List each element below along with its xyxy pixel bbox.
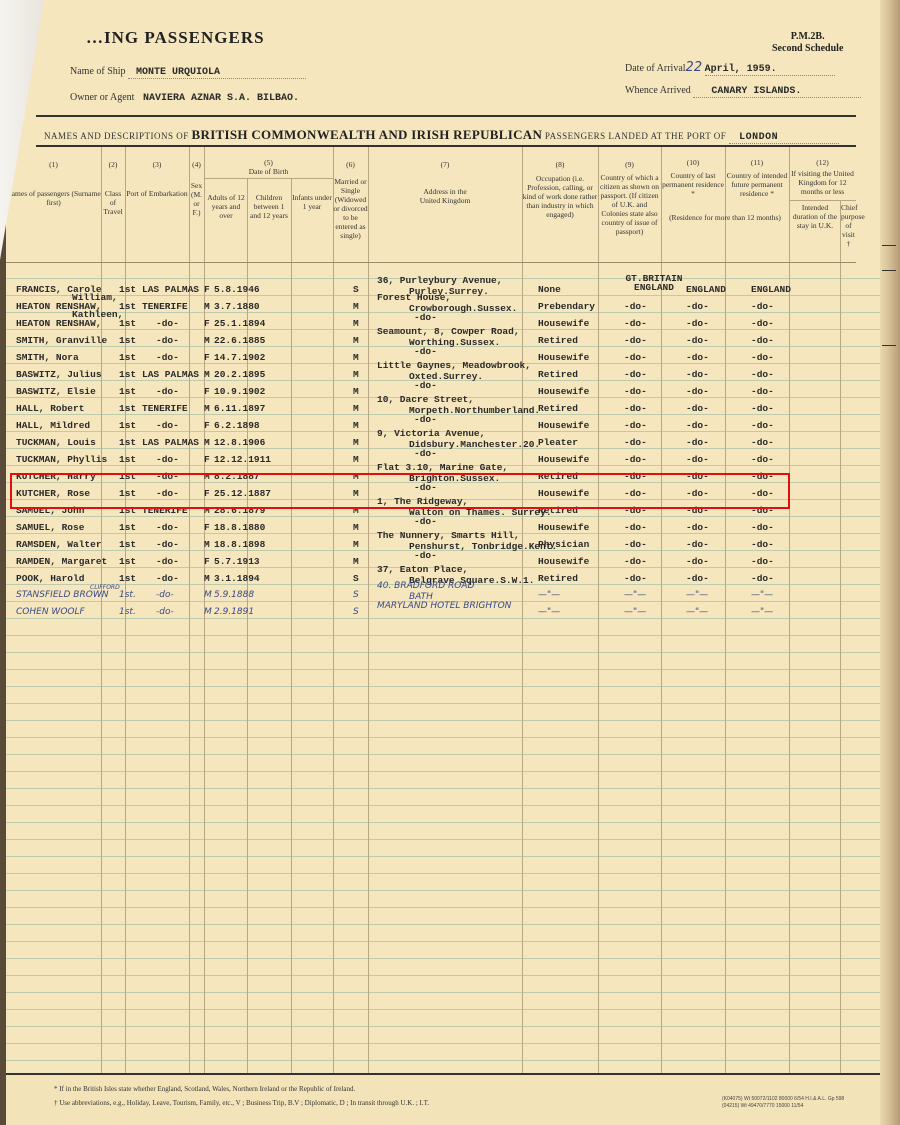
- ship-label: Name of Ship: [70, 66, 126, 77]
- arrival-field: Date of Arrival22 April, 1959.: [625, 60, 835, 76]
- date-of-birth: 5.7.1913: [214, 556, 260, 567]
- date-of-birth: 25.1.1894: [214, 318, 265, 329]
- future-residence: -do-: [751, 352, 774, 363]
- owner-field: Owner or Agent NAVIERA AZNAR S.A. BILBAO…: [70, 92, 299, 104]
- class-of-travel: 1st: [119, 522, 136, 533]
- names-desc-prefix: NAMES AND DESCRIPTIONS OF: [44, 131, 189, 141]
- port-of-embarkation: LAS PALMAS: [142, 369, 199, 380]
- highlight-box-kutcher: [10, 473, 790, 509]
- occupation: —"—: [538, 607, 560, 617]
- port-of-embarkation: -do-: [156, 590, 174, 600]
- address-line-1: -do-: [414, 312, 437, 323]
- schedule-label: Second Schedule: [772, 43, 843, 55]
- occupation: Housewife: [538, 386, 589, 397]
- col5a-header: Adults of 12 years and over: [206, 193, 246, 220]
- future-residence: -do-: [751, 437, 774, 448]
- sex: M: [204, 369, 210, 380]
- future-residence: -do-: [751, 556, 774, 567]
- citizenship: -do-: [624, 335, 647, 346]
- last-residence: -do-: [686, 522, 709, 533]
- col6-header: (6)Married or Single (Widowed or divorce…: [333, 160, 368, 240]
- sex: M: [204, 437, 210, 448]
- future-residence: —"—: [751, 607, 773, 617]
- col-num: (7): [368, 160, 522, 169]
- footnote-star: * If in the British Isles state whether …: [54, 1085, 355, 1093]
- sex: F: [204, 556, 210, 567]
- class-of-travel: 1st: [119, 454, 136, 465]
- class-of-travel: 1st: [119, 539, 136, 550]
- port-of-embarkation: -do-: [156, 335, 179, 346]
- marital-status: M: [353, 437, 359, 448]
- whence-value: CANARY ISLANDS.: [693, 86, 861, 98]
- port-of-embarkation: -do-: [156, 386, 179, 397]
- last-residence: —"—: [686, 607, 708, 617]
- address-line-1: 36, Purleybury Avenue,: [377, 275, 502, 286]
- col-num: (4): [189, 160, 204, 169]
- given-name-line: William,: [72, 292, 118, 303]
- future-residence: -do-: [751, 522, 774, 533]
- col12b-header: Chief purpose of visit †: [841, 203, 856, 248]
- col-label: Country of last permanent residence *: [661, 171, 725, 198]
- port-of-embarkation: -do-: [156, 318, 179, 329]
- marital-status: M: [353, 454, 359, 465]
- date-of-birth: 20.2.1895: [214, 369, 265, 380]
- future-residence: -do-: [751, 403, 774, 414]
- class-of-travel: 1st.: [119, 607, 136, 617]
- passenger-name: SMITH, Nora: [16, 352, 79, 363]
- date-of-birth: 3.7.1880: [214, 301, 260, 312]
- page-tab-mark: [882, 345, 896, 346]
- marital-status: M: [353, 386, 359, 397]
- last-residence: -do-: [686, 386, 709, 397]
- sex: M: [204, 301, 210, 312]
- marital-status: M: [353, 369, 359, 380]
- class-of-travel: 1st.: [119, 590, 136, 600]
- future-residence: -do-: [751, 318, 774, 329]
- ship-field: Name of Ship MONTE URQUIOLA: [70, 66, 306, 79]
- whence-label: Whence Arrived: [625, 85, 691, 96]
- sex: F: [204, 318, 210, 329]
- last-residence: ENGLAND: [686, 284, 726, 295]
- sex: M: [204, 539, 210, 550]
- marital-status: M: [353, 539, 359, 550]
- marital-status: M: [353, 352, 359, 363]
- port-of-embarkation: TENERIFE: [142, 403, 188, 414]
- occupation: Housewife: [538, 318, 589, 329]
- names-desc-suffix: PASSENGERS LANDED AT THE PORT OF: [545, 131, 726, 141]
- name-note: CLIFFORD: [90, 584, 120, 591]
- date-of-birth: 12.8.1906: [214, 437, 265, 448]
- print-code-1: (K04075) Wt 50072/1102 80000 6/54 H.I.& …: [722, 1096, 844, 1103]
- future-residence: -do-: [751, 454, 774, 465]
- address-line-1: -do-: [414, 380, 437, 391]
- address-line-1: -do-: [414, 448, 437, 459]
- passenger-name: BASWITZ, Julius: [16, 369, 102, 380]
- port-of-embarkation: -do-: [156, 522, 179, 533]
- occupation: Housewife: [538, 556, 589, 567]
- col-num: (1): [6, 160, 101, 169]
- col12a-header: Intended duration of the stay in U.K.: [790, 203, 840, 230]
- col-label: Date of Birth: [204, 167, 333, 176]
- port-of-embarkation: LAS PALMAS: [142, 437, 199, 448]
- col-num: (8): [522, 160, 598, 169]
- marital-status: M: [353, 318, 359, 329]
- marital-status: M: [353, 522, 359, 533]
- address-line-1: Flat 3.10, Marine Gate,: [377, 462, 508, 473]
- occupation: Retired: [538, 573, 578, 584]
- occupation: Prebendary: [538, 301, 595, 312]
- given-name-line: Kathleen,: [72, 309, 123, 320]
- port-of-embarkation: -do-: [156, 539, 179, 550]
- address-line-1: Seamount, 8, Cowper Road,: [377, 326, 520, 337]
- col-label: Port of Embarkation: [125, 189, 189, 198]
- passenger-name: TUCKMAN, Phyllis: [16, 454, 107, 465]
- arrival-date: April, 1959.: [705, 64, 835, 76]
- last-residence: -do-: [686, 556, 709, 567]
- whence-field: Whence Arrived CANARY ISLANDS.: [625, 85, 861, 98]
- col12-header: (12)If visiting the United Kingdom for 1…: [789, 158, 856, 196]
- port-of-embarkation: -do-: [156, 573, 179, 584]
- visit-subheader-rule: [789, 200, 856, 201]
- table-row: COHEN WOOLF1st.-do-M2.9.1891S—"——"——"——"…: [14, 607, 854, 624]
- passenger-name: HALL, Mildred: [16, 420, 90, 431]
- citizenship: -do-: [624, 420, 647, 431]
- citizenship: —"—: [624, 607, 646, 617]
- col-label: Country of intended future permanent res…: [725, 171, 789, 198]
- col-label: Names of passengers (Surname first): [6, 189, 101, 207]
- last-residence: -do-: [686, 403, 709, 414]
- col5c-header: Infants under 1 year: [292, 193, 332, 211]
- address-line-1: 37, Eaton Place,: [377, 564, 468, 575]
- passenger-name: TUCKMAN, Louis: [16, 437, 96, 448]
- names-descriptions-line: NAMES AND DESCRIPTIONS OF BRITISH COMMON…: [44, 127, 839, 144]
- passenger-name: BASWITZ, Elsie: [16, 386, 96, 397]
- class-of-travel: 1st: [119, 284, 136, 295]
- address-line-1: 10, Dacre Street,: [377, 394, 474, 405]
- col10-11-note: (Residence for more than 12 months): [661, 213, 789, 222]
- date-of-birth: 12.12.1911: [214, 454, 271, 465]
- occupation: Retired: [538, 335, 578, 346]
- citizenship: —"—: [624, 590, 646, 600]
- last-residence: -do-: [686, 318, 709, 329]
- future-residence: -do-: [751, 386, 774, 397]
- date-of-birth: 18.8.1898: [214, 539, 265, 550]
- citizenship: -do-: [624, 318, 647, 329]
- passenger-name: STANSFIELD BROWN: [16, 590, 108, 600]
- last-residence: —"—: [686, 590, 708, 600]
- sex: M: [204, 573, 210, 584]
- occupation: None: [538, 284, 561, 295]
- col-num: (6): [333, 160, 368, 169]
- address-line-1: MARYLAND HOTEL BRIGHTON: [377, 601, 511, 611]
- col-num: (11): [725, 158, 789, 167]
- col-label: Sex (M. or F.): [189, 181, 204, 217]
- citizenship: GT.BRITAIN ENGLAND: [624, 274, 684, 292]
- future-residence: ENGLAND: [751, 284, 791, 295]
- col-num: (2): [101, 160, 125, 169]
- occupation: Housewife: [538, 522, 589, 533]
- page-edge: [880, 0, 900, 1125]
- address-line-1: -do-: [414, 516, 437, 527]
- occupation: Housewife: [538, 420, 589, 431]
- sex: F: [204, 522, 210, 533]
- port-of-embarkation: -do-: [156, 420, 179, 431]
- occupation: Housewife: [538, 352, 589, 363]
- col9-header: (9)Country of which a citizen as shown o…: [598, 160, 661, 236]
- col-label: Married or Single (Widowed or divorced t…: [333, 177, 368, 240]
- last-residence: -do-: [686, 420, 709, 431]
- class-of-travel: 1st: [119, 352, 136, 363]
- date-of-birth: 2.9.1891: [214, 607, 254, 617]
- citizenship: -do-: [624, 369, 647, 380]
- date-of-birth: 22.6.1885: [214, 335, 265, 346]
- names-desc-bold: BRITISH COMMONWEALTH AND IRISH REPUBLICA…: [192, 127, 543, 142]
- port-of-embarkation: LAS PALMAS: [142, 284, 199, 295]
- col-num: (12): [789, 158, 856, 167]
- address-line-1: -do-: [414, 346, 437, 357]
- sex: M: [204, 590, 212, 600]
- address-line-1: Little Gaynes, Meadowbrook,: [377, 360, 531, 371]
- port-of-embarkation: TENERIFE: [142, 301, 188, 312]
- marital-status: M: [353, 556, 359, 567]
- future-residence: -do-: [751, 335, 774, 346]
- date-of-birth: 6.2.1898: [214, 420, 260, 431]
- occupation: Retired: [538, 369, 578, 380]
- footnote-dagger: † Use abbreviations, e.g., Holiday, Leav…: [54, 1099, 429, 1107]
- occupation: Retired: [538, 403, 578, 414]
- passenger-list-page: …ING PASSENGERS P.M.2B. Second Schedule …: [6, 0, 884, 1125]
- passenger-name: RAMDEN, Margaret: [16, 556, 107, 567]
- occupation: Pleater: [538, 437, 578, 448]
- future-residence: —"—: [751, 590, 773, 600]
- col1-header: (1)Names of passengers (Surname first): [6, 160, 101, 207]
- marital-status: M: [353, 403, 359, 414]
- passenger-name: HALL, Robert: [16, 403, 84, 414]
- address-line-1: Forest House,: [377, 292, 451, 303]
- address-line-1: The Nunnery, Smarts Hill,: [377, 530, 520, 541]
- dob-subheader-rule: [204, 178, 333, 179]
- citizenship: -do-: [624, 556, 647, 567]
- citizenship: -do-: [624, 403, 647, 414]
- col10-header: (10)Country of last permanent residence …: [661, 158, 725, 198]
- sex: F: [204, 420, 210, 431]
- class-of-travel: 1st: [119, 573, 136, 584]
- address-line-1: 9, Victoria Avenue,: [377, 428, 485, 439]
- col-label: Class of Travel: [101, 189, 125, 216]
- owner-label: Owner or Agent: [70, 92, 134, 103]
- sex: M: [204, 335, 210, 346]
- future-residence: -do-: [751, 420, 774, 431]
- header-bottom-rule: [6, 262, 856, 263]
- header-rule-top: [36, 115, 856, 117]
- date-of-birth: 10.9.1902: [214, 386, 265, 397]
- passenger-name: SMITH, Granville: [16, 335, 107, 346]
- class-of-travel: 1st: [119, 335, 136, 346]
- ship-name: MONTE URQUIOLA: [128, 67, 306, 79]
- passenger-name: SAMUEL, Rose: [16, 522, 84, 533]
- col-label: Address in the United Kingdom: [415, 187, 475, 205]
- last-residence: -do-: [686, 573, 709, 584]
- col-label: Country of which a citizen as shown on p…: [598, 173, 661, 236]
- class-of-travel: 1st: [119, 420, 136, 431]
- last-residence: -do-: [686, 437, 709, 448]
- page-tab-mark: [882, 245, 896, 246]
- last-residence: -do-: [686, 335, 709, 346]
- passenger-name: COHEN WOOLF: [16, 607, 85, 617]
- sex: F: [204, 454, 210, 465]
- future-residence: -do-: [751, 369, 774, 380]
- arrival-day: 22: [686, 60, 703, 75]
- class-of-travel: 1st: [119, 437, 136, 448]
- print-code-2: (04215) Wt 49470/7770 15000 11/54: [722, 1103, 844, 1110]
- class-of-travel: 1st: [119, 386, 136, 397]
- owner-name: NAVIERA AZNAR S.A. BILBAO.: [137, 93, 299, 104]
- page-tab-mark: [882, 270, 896, 271]
- date-of-birth: 18.8.1880: [214, 522, 265, 533]
- citizenship: -do-: [624, 352, 647, 363]
- citizenship: -do-: [624, 437, 647, 448]
- citizenship: -do-: [624, 522, 647, 533]
- date-of-birth: 5.9.1888: [214, 590, 254, 600]
- last-residence: -do-: [686, 352, 709, 363]
- port-of-embarkation: -do-: [156, 556, 179, 567]
- sex: M: [204, 403, 210, 414]
- port-of-embarkation: -do-: [156, 454, 179, 465]
- future-residence: -do-: [751, 301, 774, 312]
- date-of-birth: 6.11.1897: [214, 403, 265, 414]
- sex: F: [204, 386, 210, 397]
- sex: F: [204, 352, 210, 363]
- header-rule-bottom: [36, 145, 856, 147]
- address-line-1: -do-: [414, 414, 437, 425]
- col-num: (10): [661, 158, 725, 167]
- sex: F: [204, 284, 210, 295]
- document-title: …ING PASSENGERS: [86, 28, 265, 48]
- col5-header: (5)Date of Birth: [204, 158, 333, 176]
- address-line-1: -do-: [414, 550, 437, 561]
- occupation: Housewife: [538, 454, 589, 465]
- form-code: P.M.2B. Second Schedule: [772, 31, 843, 55]
- port-of-embarkation: -do-: [156, 352, 179, 363]
- passenger-name: POOK, Harold: [16, 573, 84, 584]
- port-of-embarkation: -do-: [156, 607, 174, 617]
- marital-status: S: [353, 284, 359, 295]
- col-label: Occupation (i.e. Profession, calling, or…: [522, 174, 598, 219]
- col2-header: (2)Class of Travel: [101, 160, 125, 216]
- col8-header: (8)Occupation (i.e. Profession, calling,…: [522, 160, 598, 219]
- last-residence: -do-: [686, 301, 709, 312]
- col7-header: (7)Address in the United Kingdom: [368, 160, 522, 205]
- marital-status: M: [353, 420, 359, 431]
- col11-header: (11)Country of intended future permanent…: [725, 158, 789, 198]
- marital-status: S: [353, 590, 359, 600]
- class-of-travel: 1st: [119, 556, 136, 567]
- col-num: (3): [125, 160, 189, 169]
- citizenship: -do-: [624, 539, 647, 550]
- citizenship: -do-: [624, 454, 647, 465]
- marital-status: M: [353, 301, 359, 312]
- marital-status: S: [353, 607, 359, 617]
- last-residence: -do-: [686, 539, 709, 550]
- arrival-label: Date of Arrival: [625, 63, 686, 74]
- col-num: (9): [598, 160, 661, 169]
- class-of-travel: 1st: [119, 403, 136, 414]
- col4-header: (4)Sex (M. or F.): [189, 160, 204, 217]
- occupation: —"—: [538, 590, 560, 600]
- passenger-name: RAMSDEN, Walter: [16, 539, 102, 550]
- col-num: (5): [204, 158, 333, 167]
- future-residence: -do-: [751, 539, 774, 550]
- col5b-header: Children between 1 and 12 years: [248, 193, 290, 220]
- address-line-1: 40. BRADFORD ROAD: [377, 581, 474, 591]
- print-code: (K04075) Wt 50072/1102 80000 6/54 H.I.& …: [722, 1096, 844, 1110]
- future-residence: -do-: [751, 573, 774, 584]
- col3-header: (3)Port of Embarkation: [125, 160, 189, 198]
- form-number: P.M.2B.: [772, 31, 843, 43]
- marital-status: S: [353, 573, 359, 584]
- sex: M: [204, 607, 212, 617]
- class-of-travel: 1st: [119, 369, 136, 380]
- date-of-birth: 14.7.1902: [214, 352, 265, 363]
- citizenship: -do-: [624, 573, 647, 584]
- citizenship: -do-: [624, 301, 647, 312]
- last-residence: -do-: [686, 454, 709, 465]
- date-of-birth: 3.1.1894: [214, 573, 260, 584]
- col-label: If visiting the United Kingdom for 12 mo…: [789, 169, 856, 196]
- last-residence: -do-: [686, 369, 709, 380]
- marital-status: M: [353, 335, 359, 346]
- date-of-birth: 5.8.1946: [214, 284, 260, 295]
- port-value: LONDON: [729, 132, 839, 144]
- citizenship: -do-: [624, 386, 647, 397]
